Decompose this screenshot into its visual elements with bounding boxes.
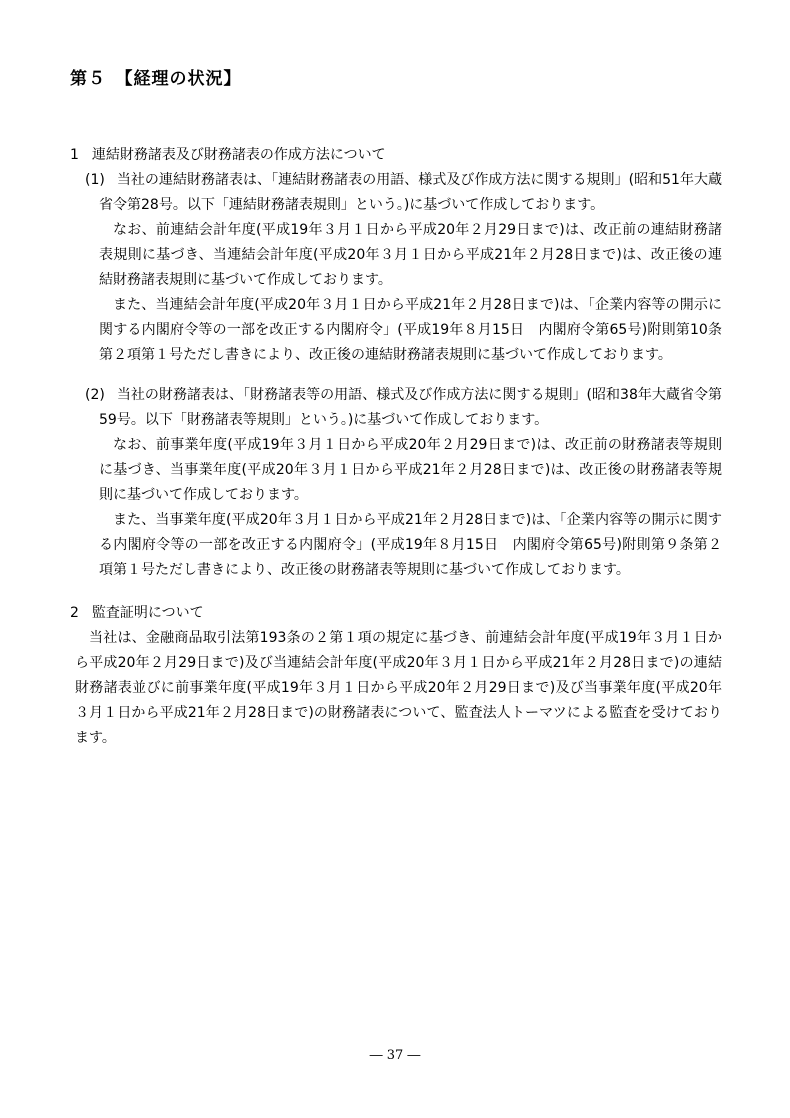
- item-1-paragraph-2: なお、前連結会計年度(平成19年３月１日から平成20年２月29日まで)は、改正前…: [99, 218, 722, 293]
- section-1-number: 1: [70, 143, 79, 168]
- item-consolidated-statements: (1)当社の連結財務諸表は、「連結財務諸表の用語、様式及び作成方法に関する規則」…: [85, 168, 722, 368]
- section-2-number: 2: [70, 601, 79, 626]
- section-2-title: 監査証明について: [92, 605, 204, 621]
- section-2-paragraph-1: 当社は、金融商品取引法第193条の２第１項の規定に基づき、前連結会計年度(平成1…: [75, 626, 722, 751]
- item-2-paragraph-2: なお、前事業年度(平成19年３月１日から平成20年２月29日まで)は、改正前の財…: [99, 433, 722, 508]
- document-title: 第５ 【経理の状況】: [70, 66, 722, 92]
- item-2-marker: (2): [85, 387, 105, 403]
- document-content: 第５ 【経理の状況】 1連結財務諸表及び財務諸表の作成方法について (1)当社の…: [70, 66, 722, 751]
- item-1-paragraph-1: 当社の連結財務諸表は、「連結財務諸表の用語、様式及び作成方法に関する規則」(昭和…: [99, 172, 722, 213]
- paragraph: (1)当社の連結財務諸表は、「連結財務諸表の用語、様式及び作成方法に関する規則」…: [99, 168, 722, 218]
- section-1-heading: 1連結財務諸表及び財務諸表の作成方法について: [70, 143, 722, 168]
- item-2-paragraph-1: 当社の財務諸表は、「財務諸表等の用語、様式及び作成方法に関する規則」(昭和38年…: [99, 387, 722, 428]
- paragraph: (2)当社の財務諸表は、「財務諸表等の用語、様式及び作成方法に関する規則」(昭和…: [99, 383, 722, 433]
- section-audit-certification: 2監査証明について 当社は、金融商品取引法第193条の２第１項の規定に基づき、前…: [70, 601, 722, 751]
- item-2-paragraph-3: また、当事業年度(平成20年３月１日から平成21年２月28日まで)は、「企業内容…: [99, 508, 722, 583]
- section-financial-statements-preparation: 1連結財務諸表及び財務諸表の作成方法について (1)当社の連結財務諸表は、「連結…: [70, 143, 722, 583]
- section-1-title: 連結財務諸表及び財務諸表の作成方法について: [92, 147, 386, 163]
- page-footer: ― 37 ―: [0, 1048, 790, 1064]
- page-number: ― 37 ―: [370, 1048, 421, 1063]
- item-1-paragraph-3: また、当連結会計年度(平成20年３月１日から平成21年２月28日まで)は、「企業…: [99, 293, 722, 368]
- section-2-heading: 2監査証明について: [70, 601, 722, 626]
- item-nonconsolidated-statements: (2)当社の財務諸表は、「財務諸表等の用語、様式及び作成方法に関する規則」(昭和…: [85, 383, 722, 583]
- item-1-marker: (1): [85, 172, 105, 188]
